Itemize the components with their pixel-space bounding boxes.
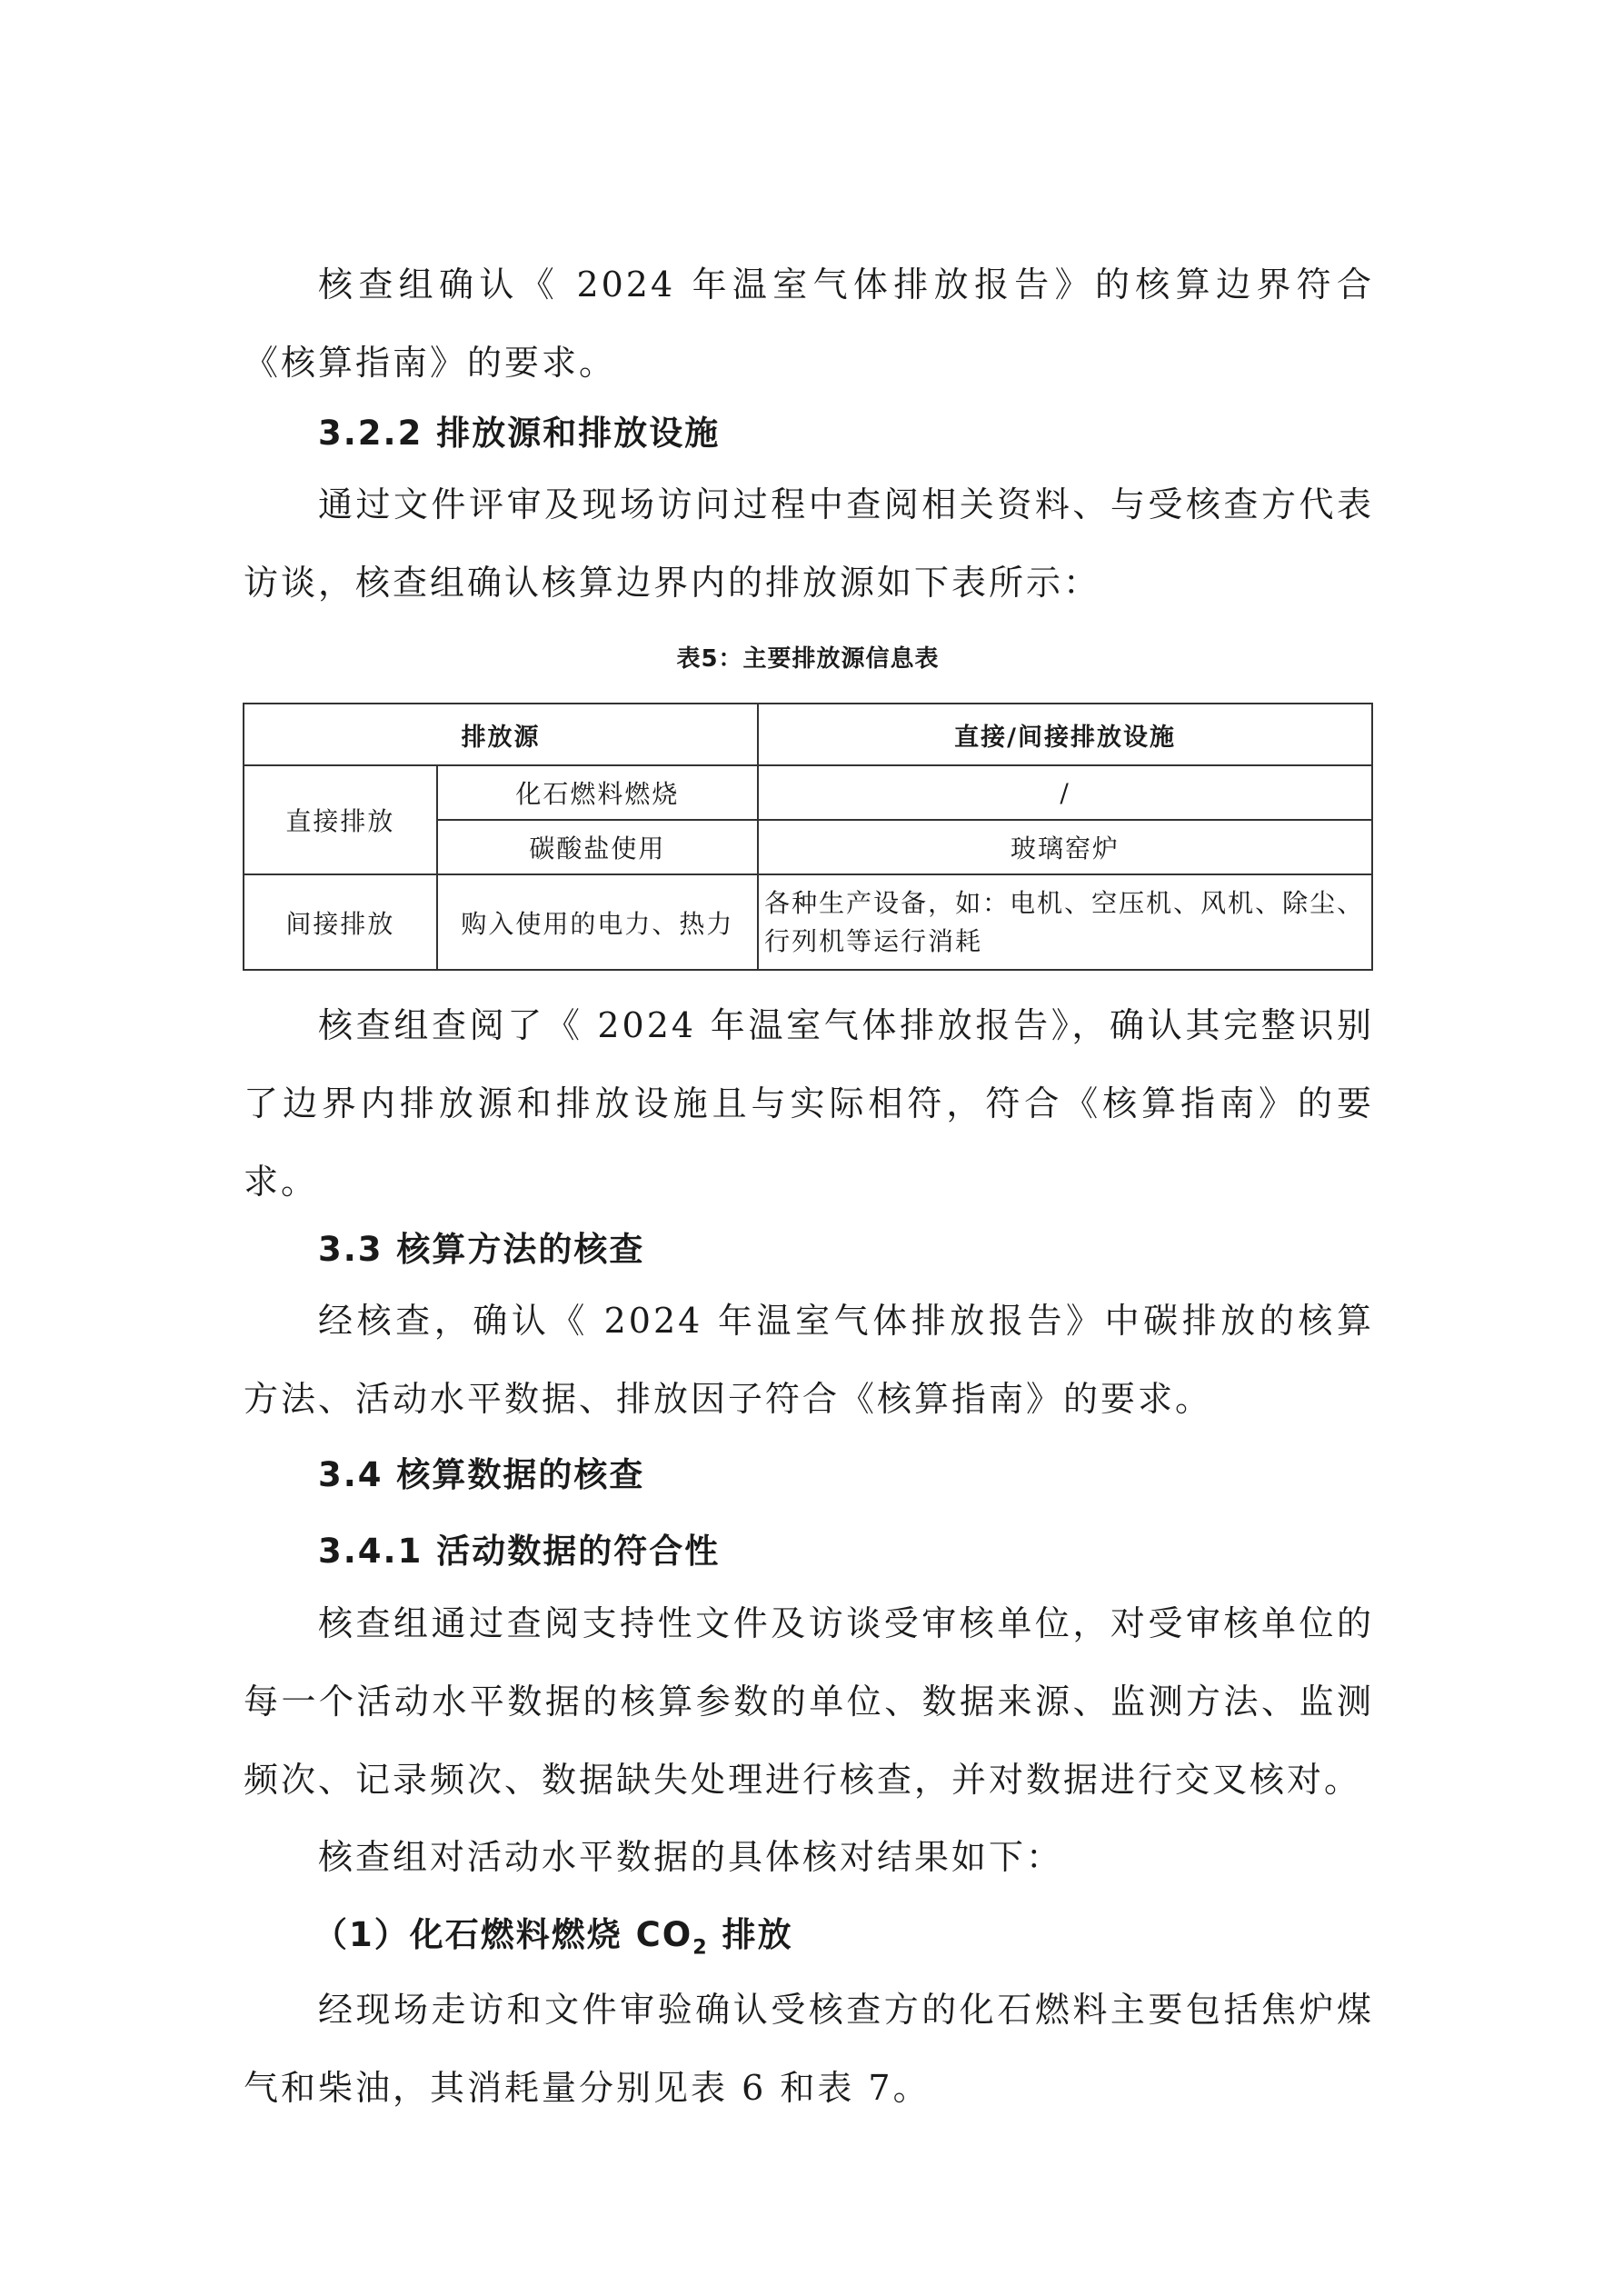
table-cell-category: 直接排放 — [244, 765, 437, 874]
table-cell-source: 化石燃料燃烧 — [437, 765, 758, 820]
table-cell-source: 碳酸盐使用 — [437, 820, 758, 874]
subscript-2: 2 — [692, 1935, 708, 1959]
paragraph-source-conclusion: 核查组查阅了《 2024 年温室气体排放报告》，确认其完整识别了边界内排放源和排… — [244, 986, 1374, 1221]
paragraph-fossil-fuel: 经现场走访和文件审验确认受核查方的化石燃料主要包括焦炉煤气和柴油，其消耗量分别见… — [244, 1971, 1374, 2127]
paragraph-check-results: 核查组对活动水平数据的具体核对结果如下： — [244, 1818, 1374, 1896]
table-cell-source: 购入使用的电力、热力 — [437, 874, 758, 970]
emission-source-table: 排放源 直接/间接排放设施 直接排放 化石燃料燃烧 / 碳酸盐使用 玻璃窑炉 间… — [243, 703, 1373, 971]
paragraph-boundary-conclusion: 核查组确认《 2024 年温室气体排放报告》的核算边界符合《核算指南》的要求。 — [244, 245, 1374, 402]
paragraph-method-conclusion: 经核查，确认《 2024 年温室气体排放报告》中碳排放的核算方法、活动水平数据、… — [244, 1282, 1374, 1438]
table-row: 直接排放 化石燃料燃烧 / — [244, 765, 1372, 820]
heading-item-1-text: （1）化石燃料燃烧 CO — [314, 1915, 692, 1954]
table-cell-category: 间接排放 — [244, 874, 437, 970]
heading-item-1: （1）化石燃料燃烧 CO2 排放 — [314, 1912, 793, 1970]
paragraph-source-intro: 通过文件评审及现场访问过程中查阅相关资料、与受核查方代表访谈，核查组确认核算边界… — [244, 465, 1374, 622]
table-cell-facility: 玻璃窑炉 — [758, 820, 1372, 874]
heading-3-4: 3.4 核算数据的核查 — [318, 1452, 644, 1498]
heading-3-2-2: 3.2.2 排放源和排放设施 — [318, 411, 720, 456]
document-page: 核查组确认《 2024 年温室气体排放报告》的核算边界符合《核算指南》的要求。 … — [0, 0, 1623, 2296]
table-header-source: 排放源 — [244, 704, 758, 765]
heading-item-1-suffix: 排放 — [709, 1915, 793, 1954]
table-cell-facility: / — [758, 765, 1372, 820]
paragraph-activity-data: 核查组通过查阅支持性文件及访谈受审核单位，对受审核单位的每一个活动水平数据的核算… — [244, 1584, 1374, 1819]
table-caption: 表5：主要排放源信息表 — [243, 641, 1373, 677]
table-cell-facility: 各种生产设备，如：电机、空压机、风机、除尘、行列机等运行消耗 — [758, 874, 1372, 970]
heading-3-3: 3.3 核算方法的核查 — [318, 1227, 644, 1273]
table-header-facility: 直接/间接排放设施 — [758, 704, 1372, 765]
heading-3-4-1: 3.4.1 活动数据的符合性 — [318, 1529, 720, 1574]
table-row: 间接排放 购入使用的电力、热力 各种生产设备，如：电机、空压机、风机、除尘、行列… — [244, 874, 1372, 970]
